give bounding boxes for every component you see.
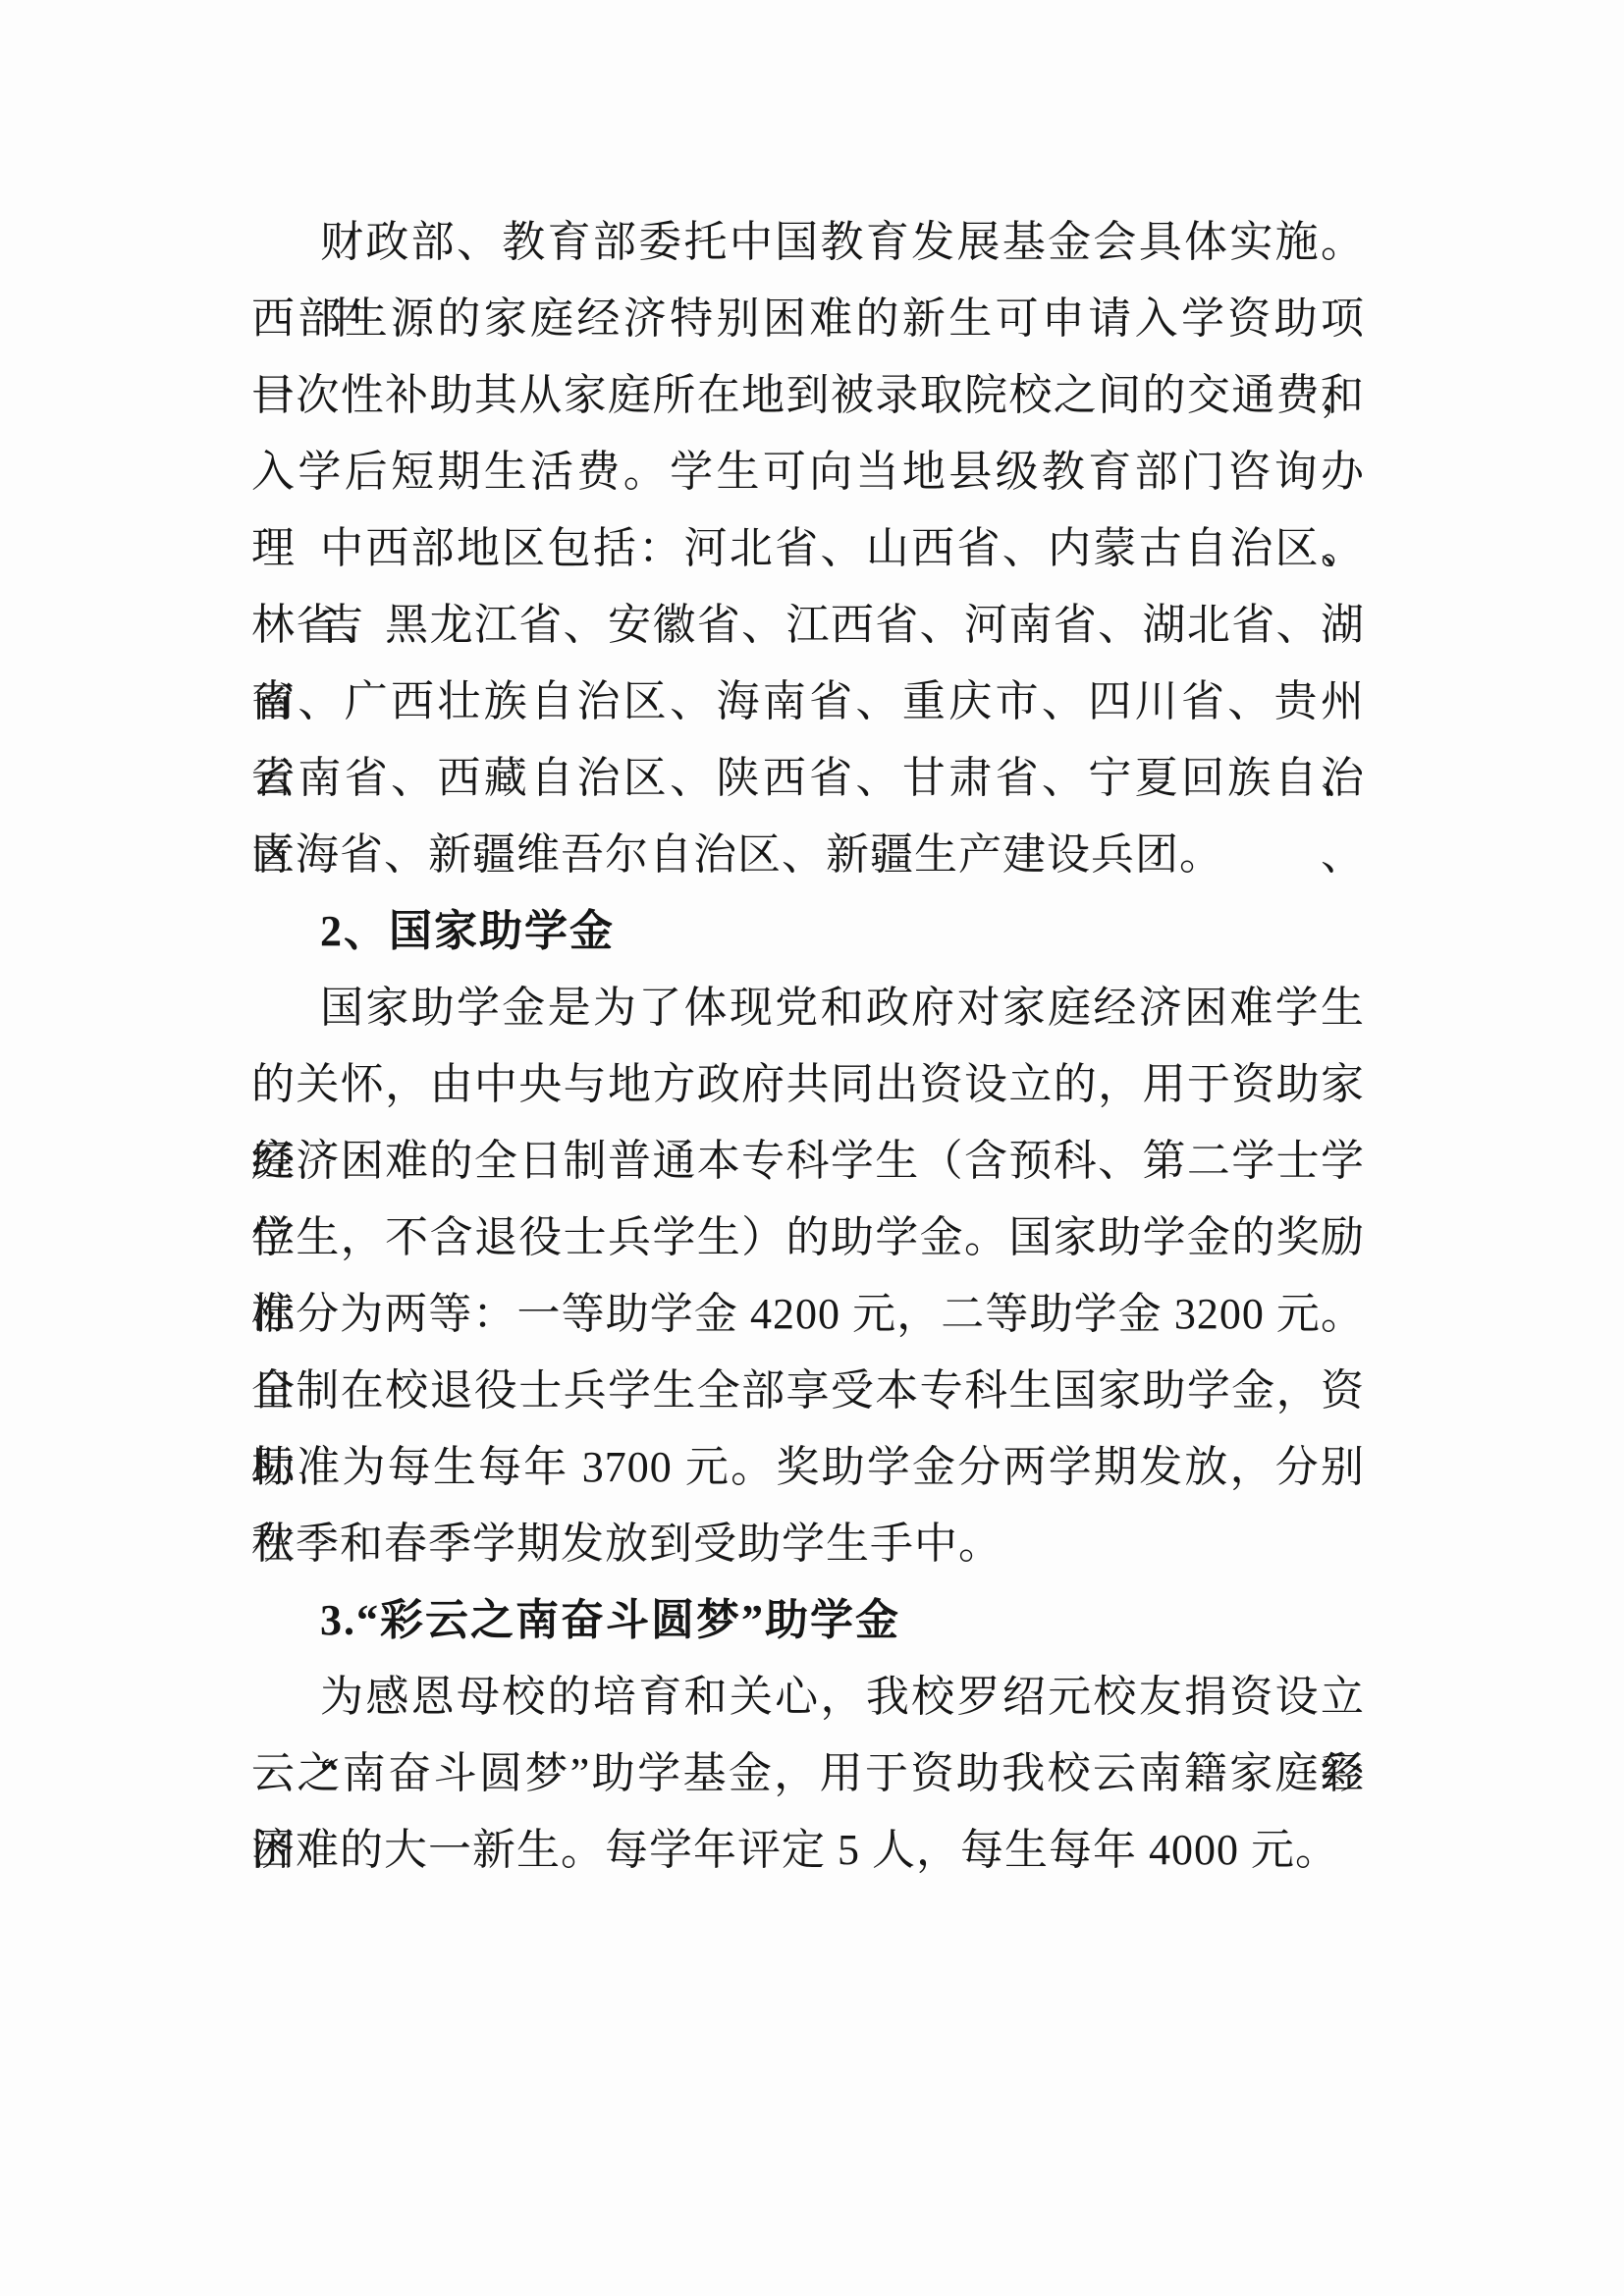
text-line: 省、广西壮族自治区、海南省、重庆市、四川省、贵州省、 bbox=[251, 664, 1365, 740]
text-line: 为感恩母校的培育和关心，我校罗绍元校友捐资设立“彩 bbox=[251, 1659, 1365, 1735]
text-line: 准分为两等：一等助学金 4200 元，二等助学金 3200 元。全 bbox=[251, 1276, 1365, 1353]
text-line: 的关怀，由中央与地方政府共同出资设立的，用于资助家庭 bbox=[251, 1046, 1365, 1123]
section-heading: 3.“彩云之南奋斗圆梦”助学金 bbox=[251, 1582, 1365, 1659]
section-heading: 2、国家助学金 bbox=[251, 893, 1365, 970]
text-line: 云南省、西藏自治区、陕西省、甘肃省、宁夏回族自治区、 bbox=[251, 740, 1365, 817]
text-line: 青海省、新疆维吾尔自治区、新疆生产建设兵团。 bbox=[251, 817, 1365, 893]
text-line: 秋季和春季学期发放到受助学生手中。 bbox=[251, 1506, 1365, 1582]
text-line: 经济困难的全日制普通本专科学生（含预科、第二学士学位 bbox=[251, 1123, 1365, 1200]
text-line: 中西部地区包括：河北省、山西省、内蒙古自治区、吉 bbox=[251, 510, 1365, 587]
text-line: 林省、黑龙江省、安徽省、江西省、河南省、湖北省、湖南 bbox=[251, 587, 1365, 664]
text-line: 国家助学金是为了体现党和政府对家庭经济困难学生 bbox=[251, 970, 1365, 1046]
text-line: 困难的大一新生。每学年评定 5 人，每生每年 4000 元。 bbox=[251, 1812, 1365, 1889]
text-line: 学生，不含退役士兵学生）的助学金。国家助学金的奖励标 bbox=[251, 1200, 1365, 1276]
document-body: 财政部、教育部委托中国教育发展基金会具体实施。中西部生源的家庭经济特别困难的新生… bbox=[251, 204, 1365, 1889]
text-line: 入学后短期生活费。学生可向当地县级教育部门咨询办理。 bbox=[251, 434, 1365, 510]
text-line: 财政部、教育部委托中国教育发展基金会具体实施。中 bbox=[251, 204, 1365, 281]
text-line: 云之南奋斗圆梦”助学基金，用于资助我校云南籍家庭经济 bbox=[251, 1735, 1365, 1812]
text-line: 日制在校退役士兵学生全部享受本专科生国家助学金，资助 bbox=[251, 1353, 1365, 1429]
document-page: 财政部、教育部委托中国教育发展基金会具体实施。中西部生源的家庭经济特别困难的新生… bbox=[0, 0, 1624, 2296]
text-line: 一次性补助其从家庭所在地到被录取院校之间的交通费和 bbox=[251, 357, 1365, 434]
text-line: 西部生源的家庭经济特别困难的新生可申请入学资助项目， bbox=[251, 281, 1365, 357]
text-line: 标准为每生每年 3700 元。奖助学金分两学期发放，分别在 bbox=[251, 1429, 1365, 1506]
